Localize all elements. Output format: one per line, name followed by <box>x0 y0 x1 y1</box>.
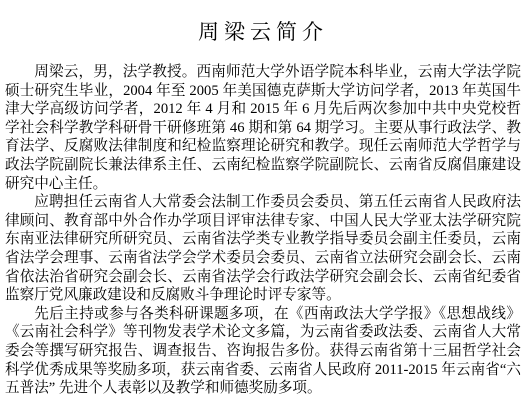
document-page: 周梁云简介 周梁云，男，法学教授。西南师范大学外语学院本科毕业，云南大学法学院硕… <box>0 0 526 408</box>
page-title: 周梁云简介 <box>0 0 526 45</box>
paragraph-bio: 周梁云，男，法学教授。西南师范大学外语学院本科毕业，云南大学法学院硕士研究生毕业… <box>5 63 521 193</box>
paragraph-achievements: 先后主持或参与各类科研课题多项，在《西南政法大学学报》《思想战线》《云南社会科学… <box>5 305 521 398</box>
paragraph-appointments: 应聘担任云南省人大常委会法制工作委员会委员、第五任云南省人民政府法律顾问、教育部… <box>5 193 521 305</box>
document-body: 周梁云，男，法学教授。西南师范大学外语学院本科毕业，云南大学法学院硕士研究生毕业… <box>0 63 526 398</box>
